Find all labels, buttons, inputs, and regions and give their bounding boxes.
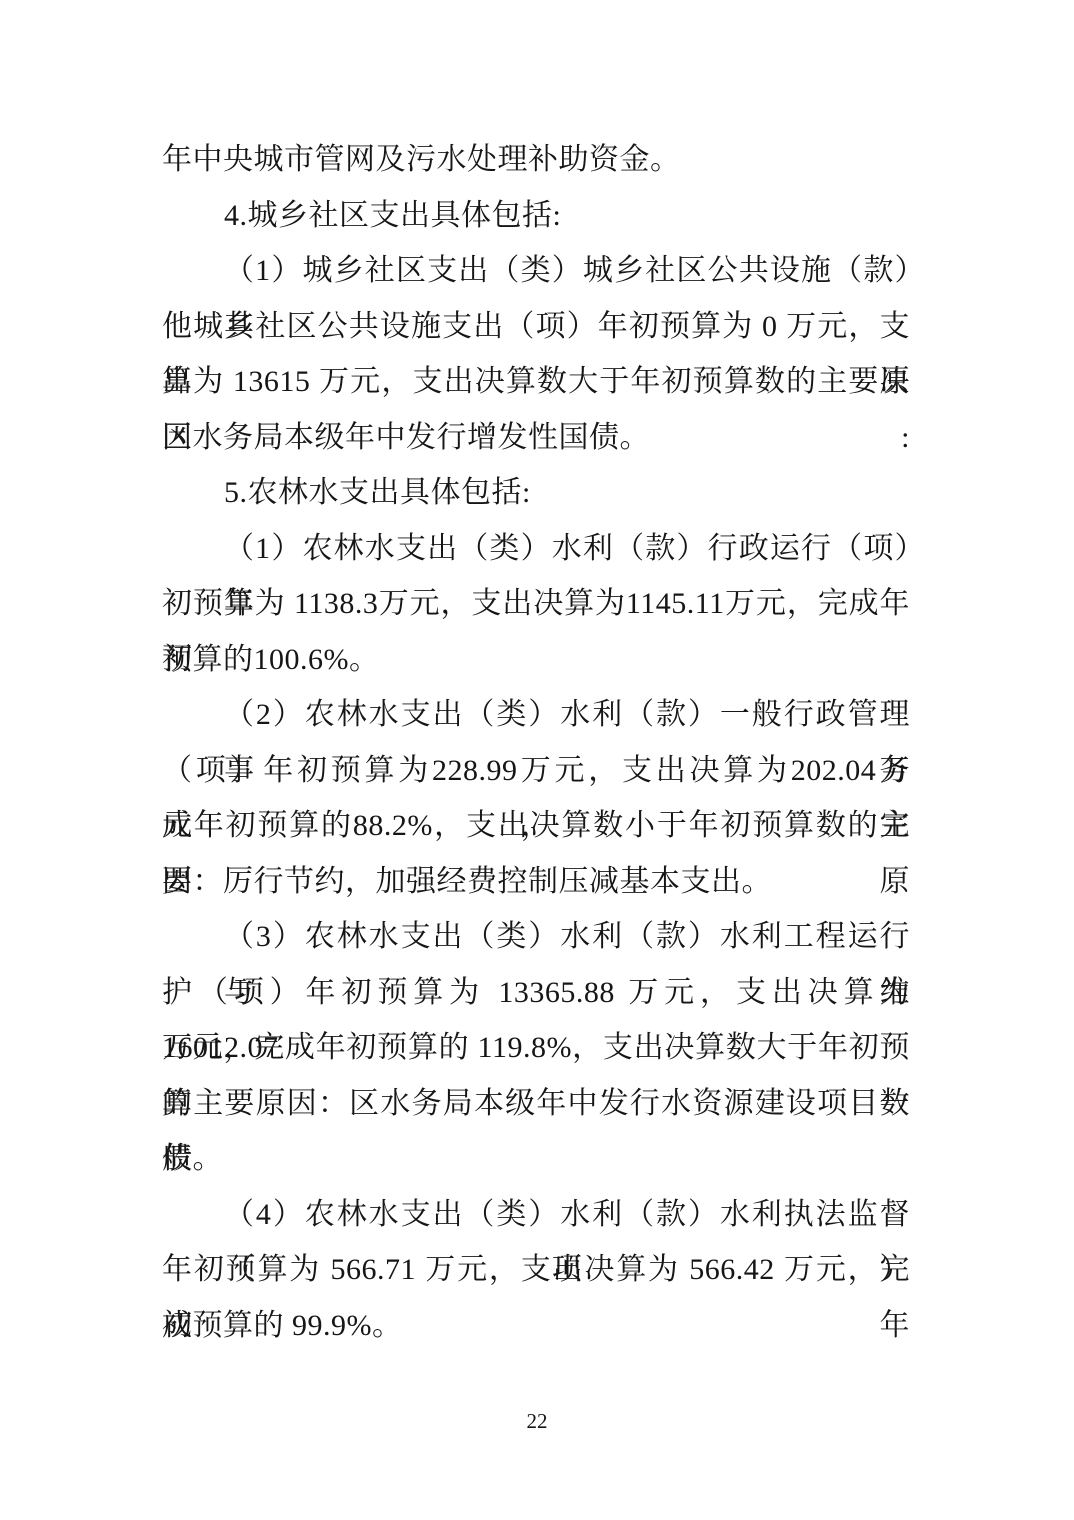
- text-line: （2）农林水支出（类）水利（款）一般行政管理事务: [162, 687, 910, 743]
- text-line: 初预算为 1138.3万元，支出决算为1145.11万元，完成年初: [162, 576, 910, 632]
- text-line: 4.城乡社区支出具体包括:: [162, 188, 910, 244]
- page-number: 22: [0, 1406, 1074, 1436]
- document-page: 年中央城市管网及污水处理补助资金。 4.城乡社区支出具体包括: （1）城乡社区支…: [0, 0, 1074, 1520]
- text-line: （3）农林水支出（类）水利（款）水利工程运行与维: [162, 909, 910, 965]
- text-line: （4）农林水支出（类）水利（款）水利执法监督（项）: [162, 1187, 910, 1243]
- text-line: （1）农林水支出（类）水利（款）行政运行（项）年: [162, 521, 910, 577]
- text-line: （1）城乡社区支出（类）城乡社区公共设施（款）其: [162, 243, 910, 299]
- text-line: 年中央城市管网及污水处理补助资金。: [162, 132, 910, 188]
- text-line: 债。: [162, 1131, 910, 1187]
- text-line: 护（项）年初预算为 13365.88 万元，支出决算为 16012.07: [162, 965, 910, 1021]
- text-line: 年初预算为 566.71 万元，支出决算为 566.42 万元，完成年: [162, 1242, 910, 1298]
- text-line: 他城乡社区公共设施支出（项）年初预算为 0 万元，支出决: [162, 299, 910, 355]
- text-block: 年中央城市管网及污水处理补助资金。 4.城乡社区支出具体包括: （1）城乡社区支…: [162, 132, 910, 1353]
- text-line: 的主要原因：区水务局本级年中发行水资源建设项目一般: [162, 1076, 910, 1132]
- text-line: 万元，完成年初预算的 119.8%，支出决算数大于年初预算数: [162, 1020, 910, 1076]
- text-line: 5.农林水支出具体包括:: [162, 465, 910, 521]
- text-line: 预算的100.6%。: [162, 632, 910, 688]
- text-line: （项）年初预算为228.99万元，支出决算为202.04万元，完: [162, 743, 910, 799]
- text-line: 算为 13615 万元，支出决算数大于年初预算数的主要原因:: [162, 354, 910, 410]
- text-line: 成年初预算的88.2%，支出决算数小于年初预算数的主要原: [162, 798, 910, 854]
